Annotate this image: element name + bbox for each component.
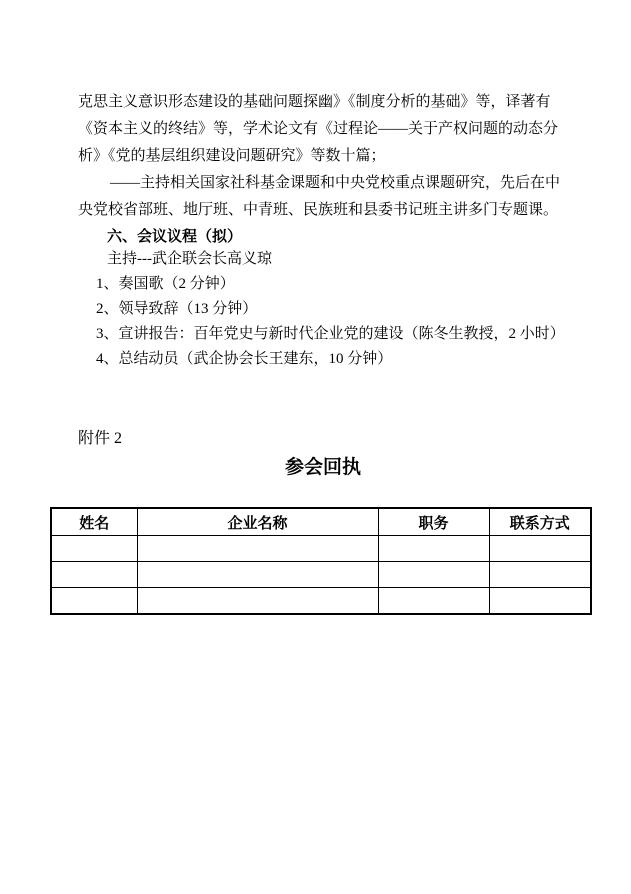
attachment-label: 附件 2 (78, 427, 568, 451)
text-line: 《资本主义的终结》等，学术论文有《过程论——关于产权问题的动态分 (78, 116, 568, 143)
table-header-contact: 联系方式 (489, 508, 591, 536)
agenda-item-3: 3、宣讲报告：百年党史与新时代企业党的建设（陈冬生教授，2 小时） (78, 322, 568, 347)
agenda-host-line: 主持---武企联会长高义琼 (78, 247, 568, 272)
cell-name[interactable] (51, 536, 137, 562)
cell-contact[interactable] (489, 562, 591, 588)
table-header-row: 姓名 企业名称 职务 联系方式 (51, 508, 591, 536)
cell-name[interactable] (51, 588, 137, 615)
cell-contact[interactable] (489, 588, 591, 615)
document-content: 克思主义意识形态建设的基础问题探幽》《制度分析的基础》等，译著有 《资本主义的终… (78, 89, 568, 615)
paragraph-biography-continued: 克思主义意识形态建设的基础问题探幽》《制度分析的基础》等，译著有 《资本主义的终… (78, 89, 568, 170)
table-header-position: 职务 (378, 508, 489, 536)
text-line: 析》《党的基层组织建设问题研究》等数十篇； (78, 143, 568, 170)
cell-contact[interactable] (489, 536, 591, 562)
cell-company[interactable] (137, 588, 378, 615)
agenda-item-1: 1、奏国歌（2 分钟） (78, 272, 568, 297)
text-line: 央党校省部班、地厅班、中青班、民族班和县委书记班主讲多门专题课。 (78, 197, 568, 224)
cell-position[interactable] (378, 536, 489, 562)
cell-name[interactable] (51, 562, 137, 588)
cell-position[interactable] (378, 588, 489, 615)
agenda-item-2: 2、领导致辞（13 分钟） (78, 297, 568, 322)
agenda-item-4: 4、总结动员（武企协会长王建东，10 分钟） (78, 347, 568, 372)
reply-form-title: 参会回执 (78, 453, 568, 483)
document-page: 克思主义意识形态建设的基础问题探幽》《制度分析的基础》等，译著有 《资本主义的终… (0, 0, 631, 894)
text-line: ——主持相关国家社科基金课题和中央党校重点课题研究，先后在中 (78, 170, 568, 197)
agenda-list: 主持---武企联会长高义琼 1、奏国歌（2 分钟） 2、领导致辞（13 分钟） … (78, 247, 568, 372)
table-header-name: 姓名 (51, 508, 137, 536)
cell-position[interactable] (378, 562, 489, 588)
table-row (51, 588, 591, 615)
table-row (51, 562, 591, 588)
table-row (51, 536, 591, 562)
table-header-company: 企业名称 (137, 508, 378, 536)
reply-form-table: 姓名 企业名称 职务 联系方式 (50, 507, 592, 615)
text-line: 克思主义意识形态建设的基础问题探幽》《制度分析的基础》等，译著有 (78, 89, 568, 116)
cell-company[interactable] (137, 536, 378, 562)
cell-company[interactable] (137, 562, 378, 588)
paragraph-research: ——主持相关国家社科基金课题和中央党校重点课题研究，先后在中 央党校省部班、地厅… (78, 170, 568, 224)
